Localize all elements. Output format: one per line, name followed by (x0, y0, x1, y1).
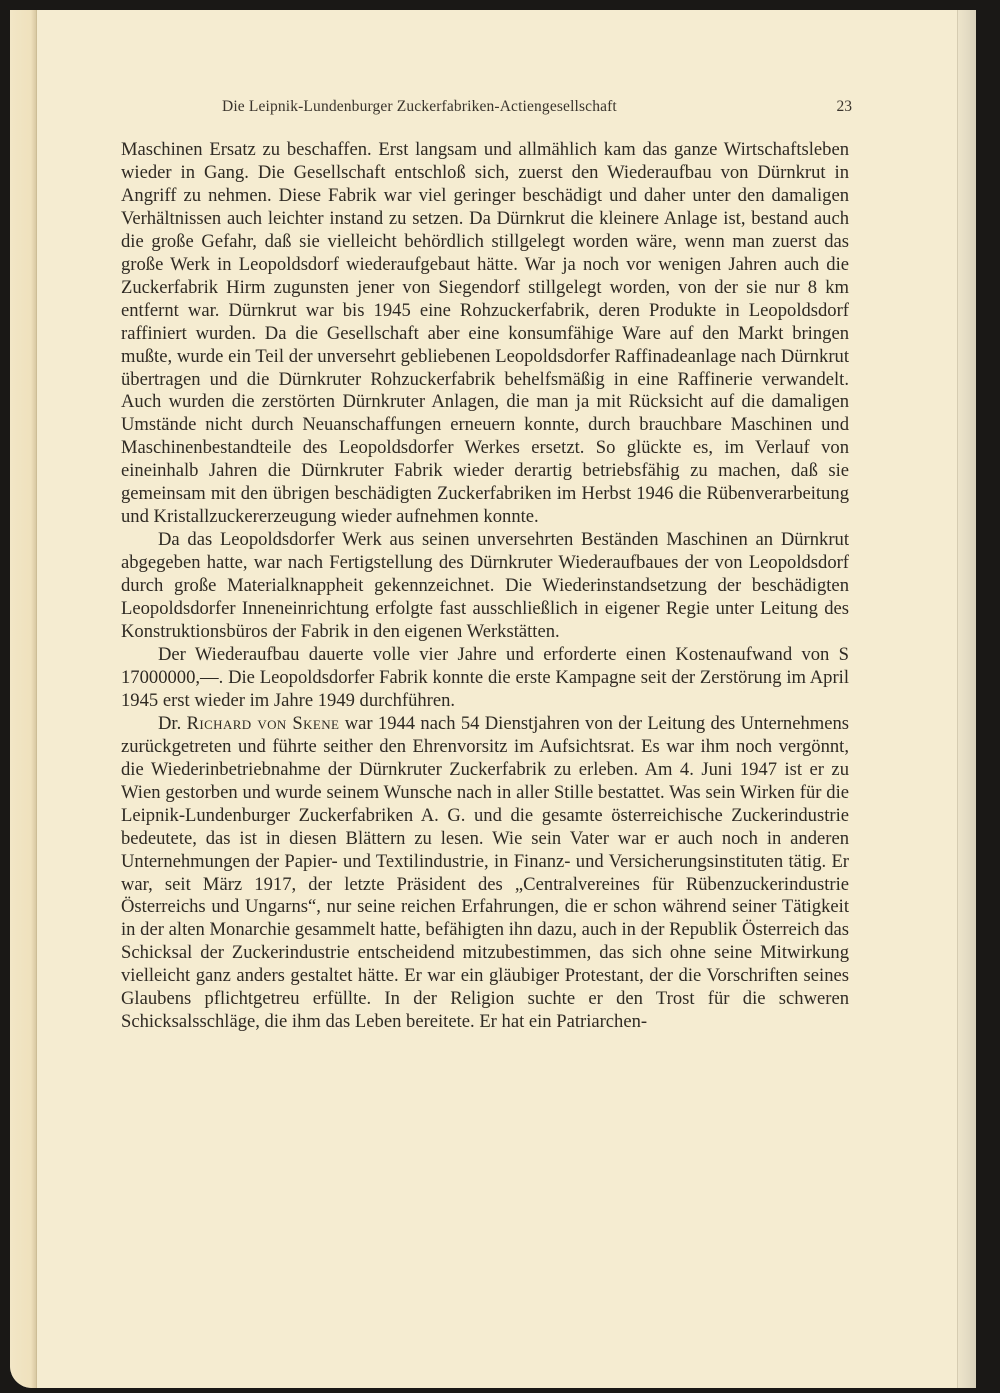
paragraph: Der Wiederaufbau dauerte volle vier Jahr… (121, 644, 849, 713)
paragraph: Da das Leopoldsdorfer Werk aus seinen un… (121, 529, 849, 644)
page-number: 23 (837, 98, 853, 116)
running-title: Die Leipnik-Lundenburger Zuckerfabriken-… (222, 98, 617, 116)
paragraph-text: war 1944 nach 54 Dienstjahren von der Le… (121, 713, 849, 1032)
person-name: Richard von Skene (187, 713, 340, 734)
paragraph: Maschinen Ersatz zu beschaffen. Erst lan… (121, 139, 849, 529)
page-edge (957, 10, 976, 1388)
body-text: Maschinen Ersatz zu beschaffen. Erst lan… (121, 139, 849, 1034)
paragraph-prefix: Dr. (158, 713, 187, 734)
paragraph: Dr. Richard von Skene war 1944 nach 54 D… (121, 713, 849, 1034)
page-gutter (10, 10, 37, 1388)
book-page: Die Leipnik-Lundenburger Zuckerfabriken-… (10, 10, 976, 1388)
